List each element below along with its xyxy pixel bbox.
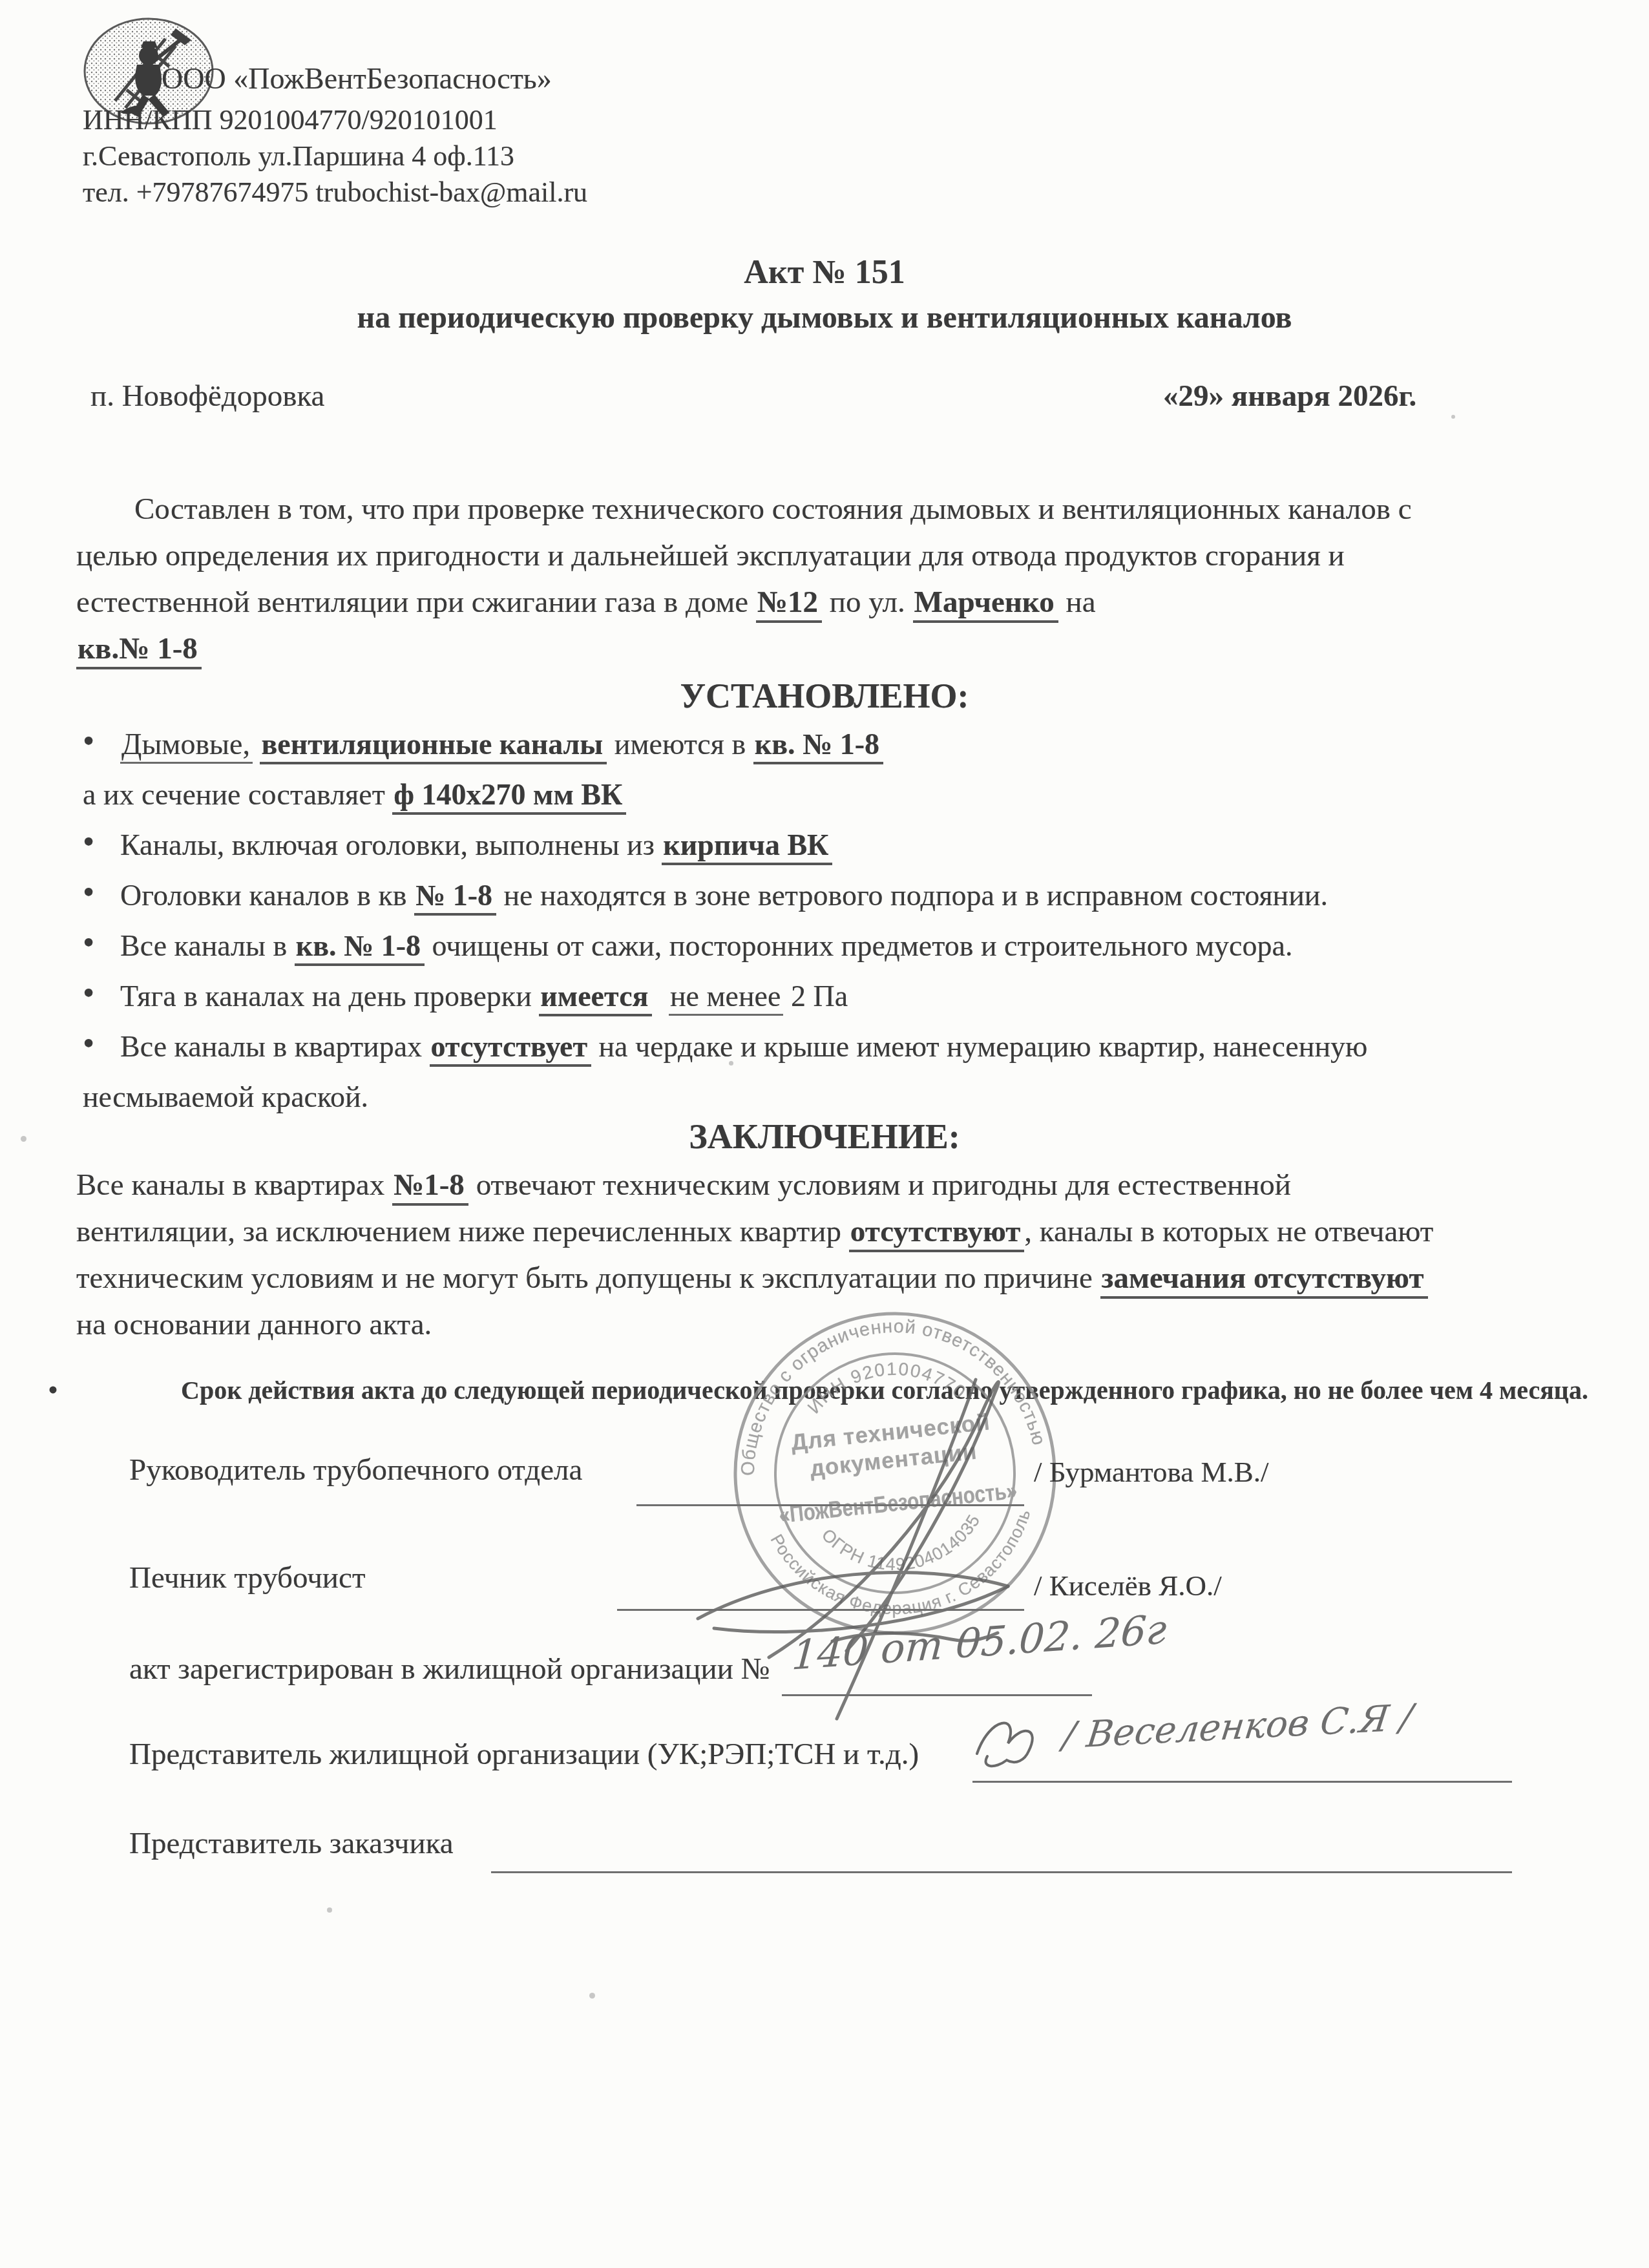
customer-rep-signature-line (491, 1871, 1512, 1873)
conclusion-text-c: вентиляции, за исключением ниже перечисл… (76, 1215, 841, 1248)
section-size-field: ф 140х270 мм ВК (392, 778, 626, 815)
registration-label: акт зарегистрирован в жилищной организац… (129, 1652, 770, 1686)
act-number-title: Акт № 151 (0, 253, 1649, 291)
established-heading: УСТАНОВЛЕНО: (0, 676, 1649, 716)
list-item-continuation: несмываемой краской. (83, 1078, 1608, 1117)
conclusion-line-2: вентиляции, за исключением ниже перечисл… (76, 1208, 1601, 1255)
list-item: • Дымовые, вентиляционные каналы имеются… (83, 725, 1608, 764)
company-address: г.Севастополь ул.Паршина 4 оф.113 (83, 140, 514, 173)
company-inn-kpp: ИНН/КПП 9201004770/920101001 (83, 103, 498, 136)
bullet-icon: • (83, 722, 94, 761)
signature-swoosh-top (698, 1572, 1008, 1619)
housing-rep-signature-scribble (969, 1707, 1066, 1778)
head-of-dept-name: / Бурмантова М.В./ (1034, 1455, 1269, 1489)
item1-apartments: кв. № 1-8 (753, 728, 883, 764)
conclusion-text-d: , каналы в которых не отвечают (1024, 1215, 1433, 1248)
list-item: • Оголовки каналов в кв № 1-8 не находят… (83, 876, 1608, 915)
company-name: ООО «ПожВентБезопасность» (162, 61, 552, 96)
list-item: • Каналы, включая оголовки, выполнены из… (83, 826, 1608, 865)
scan-speck (589, 1993, 595, 1999)
remarks-field: замечания отсутствуют (1100, 1261, 1428, 1299)
item3-text-b: не находятся в зоне ветрового подпора и … (504, 879, 1328, 912)
intro-line-3-text: естественной вентиляции при сжигании газ… (76, 585, 748, 619)
scan-speck (327, 1907, 332, 1913)
bullet-icon: • (83, 1025, 94, 1064)
registration-number-line (782, 1694, 1092, 1696)
numbering-absence-field: отсутствует (430, 1030, 591, 1067)
draft-value: 2 Па (791, 980, 848, 1013)
housing-rep-label: Представитель жилищной организации (УК;Р… (129, 1737, 919, 1772)
intro-line-3: естественной вентиляции при сжигании газ… (76, 579, 1582, 625)
head-of-dept-signature-line (636, 1504, 1024, 1506)
bullet-icon: • (48, 1375, 181, 1405)
bullet-icon: • (83, 874, 94, 912)
bullet-icon: • (83, 974, 94, 1013)
item6-text-b: на чердаке и крыше имеют нумерацию кварт… (598, 1030, 1367, 1063)
bullet-icon: • (83, 823, 94, 862)
apartments-field: кв.№ 1-8 (76, 632, 202, 669)
item2-text: Каналы, включая оголовки, выполнены из (120, 828, 655, 861)
intro-line-4: кв.№ 1-8 (76, 625, 1582, 672)
conclusion-heading: ЗАКЛЮЧЕНИЕ: (0, 1117, 1649, 1157)
intro-street-prefix: по ул. (830, 585, 905, 619)
item1-text: имеются в (614, 728, 746, 761)
pen-signature-strokes (659, 1331, 1137, 1758)
customer-rep-label: Представитель заказчика (129, 1826, 454, 1861)
signature-loop-stroke (769, 1381, 998, 1657)
conclusion-text: Все каналы в квартирах (76, 1168, 384, 1202)
conclusion-line-3: техническим условиям и не могут быть доп… (76, 1255, 1601, 1301)
item4-apartments: кв. № 1-8 (295, 929, 425, 966)
street-name-field: Марченко (913, 585, 1058, 623)
intro-line-1: Составлен в том, что при проверке технич… (76, 486, 1582, 532)
stove-sweep-name: / Киселёв Я.О./ (1034, 1569, 1222, 1602)
settlement-name: п. Новофёдоровка (90, 379, 324, 414)
conclusion-text-f: на основании данного акта. (76, 1308, 432, 1341)
scan-speck (21, 1136, 26, 1142)
act-subtitle: на периодическую проверку дымовых и вент… (0, 300, 1649, 335)
item6-text-c: несмываемой краской. (83, 1080, 368, 1113)
scan-speck (729, 1061, 733, 1066)
material-field: кирпича ВК (662, 828, 832, 865)
scan-speck (1451, 415, 1455, 419)
item3-apartments: № 1-8 (414, 879, 496, 916)
stove-sweep-label: Печник трубочист (129, 1560, 365, 1595)
conclusion-text-b: отвечают техническим условиям и пригодны… (476, 1168, 1291, 1202)
company-contact: тел. +79787674975 trubochist-bax@mail.ru (83, 176, 587, 209)
intro-line-3-tail: на (1066, 585, 1096, 619)
item3-text-a: Оголовки каналов в кв (120, 879, 406, 912)
conclusion-text-e: техническим условиям и не могут быть доп… (76, 1261, 1093, 1295)
conclusion-apartments: №1-8 (392, 1168, 468, 1206)
section-text: а их сечение составляет (83, 778, 385, 811)
item5-text: Тяга в каналах на день проверки (120, 980, 532, 1013)
head-of-dept-label: Руководитель трубопечного отдела (129, 1453, 582, 1487)
channels-type-1: Дымовые, (120, 728, 253, 764)
list-item: • Все каналы в кв. № 1-8 очищены от сажи… (83, 927, 1608, 965)
housing-rep-signature-line (972, 1781, 1512, 1783)
stove-sweep-signature-line (617, 1609, 1024, 1611)
intro-line-2: целью определения их пригодности и дальн… (76, 532, 1582, 579)
house-number-field: №12 (756, 585, 822, 623)
conclusion-line-1: Все каналы в квартирах №1-8 отвечают тех… (76, 1162, 1601, 1208)
item5-not-less: не менее (669, 980, 784, 1016)
established-list: • Дымовые, вентиляционные каналы имеются… (83, 725, 1608, 1128)
intro-paragraph: Составлен в том, что при проверке технич… (76, 486, 1582, 672)
scanned-act-document: ООО «ПожВентБезопасность» ИНН/КПП 920100… (0, 0, 1649, 2268)
list-item: • Все каналы в квартирах отсутствует на … (83, 1027, 1608, 1066)
list-item: • Тяга в каналах на день проверки имеетс… (83, 977, 1608, 1016)
channels-type-2: вентиляционные каналы (260, 728, 607, 764)
item6-text-a: Все каналы в квартирах (120, 1030, 422, 1063)
item4-text-b: очищены от сажи, посторонних предметов и… (432, 929, 1293, 962)
draft-presence-field: имеется (539, 980, 652, 1016)
list-item-continuation: а их сечение составляет ф 140х270 мм ВК (83, 775, 1608, 814)
act-date: «29» января 2026г. (1163, 379, 1416, 414)
item4-text-a: Все каналы в (120, 929, 287, 962)
excluded-apartments-field: отсутствуют (849, 1215, 1025, 1252)
bullet-icon: • (83, 924, 94, 963)
